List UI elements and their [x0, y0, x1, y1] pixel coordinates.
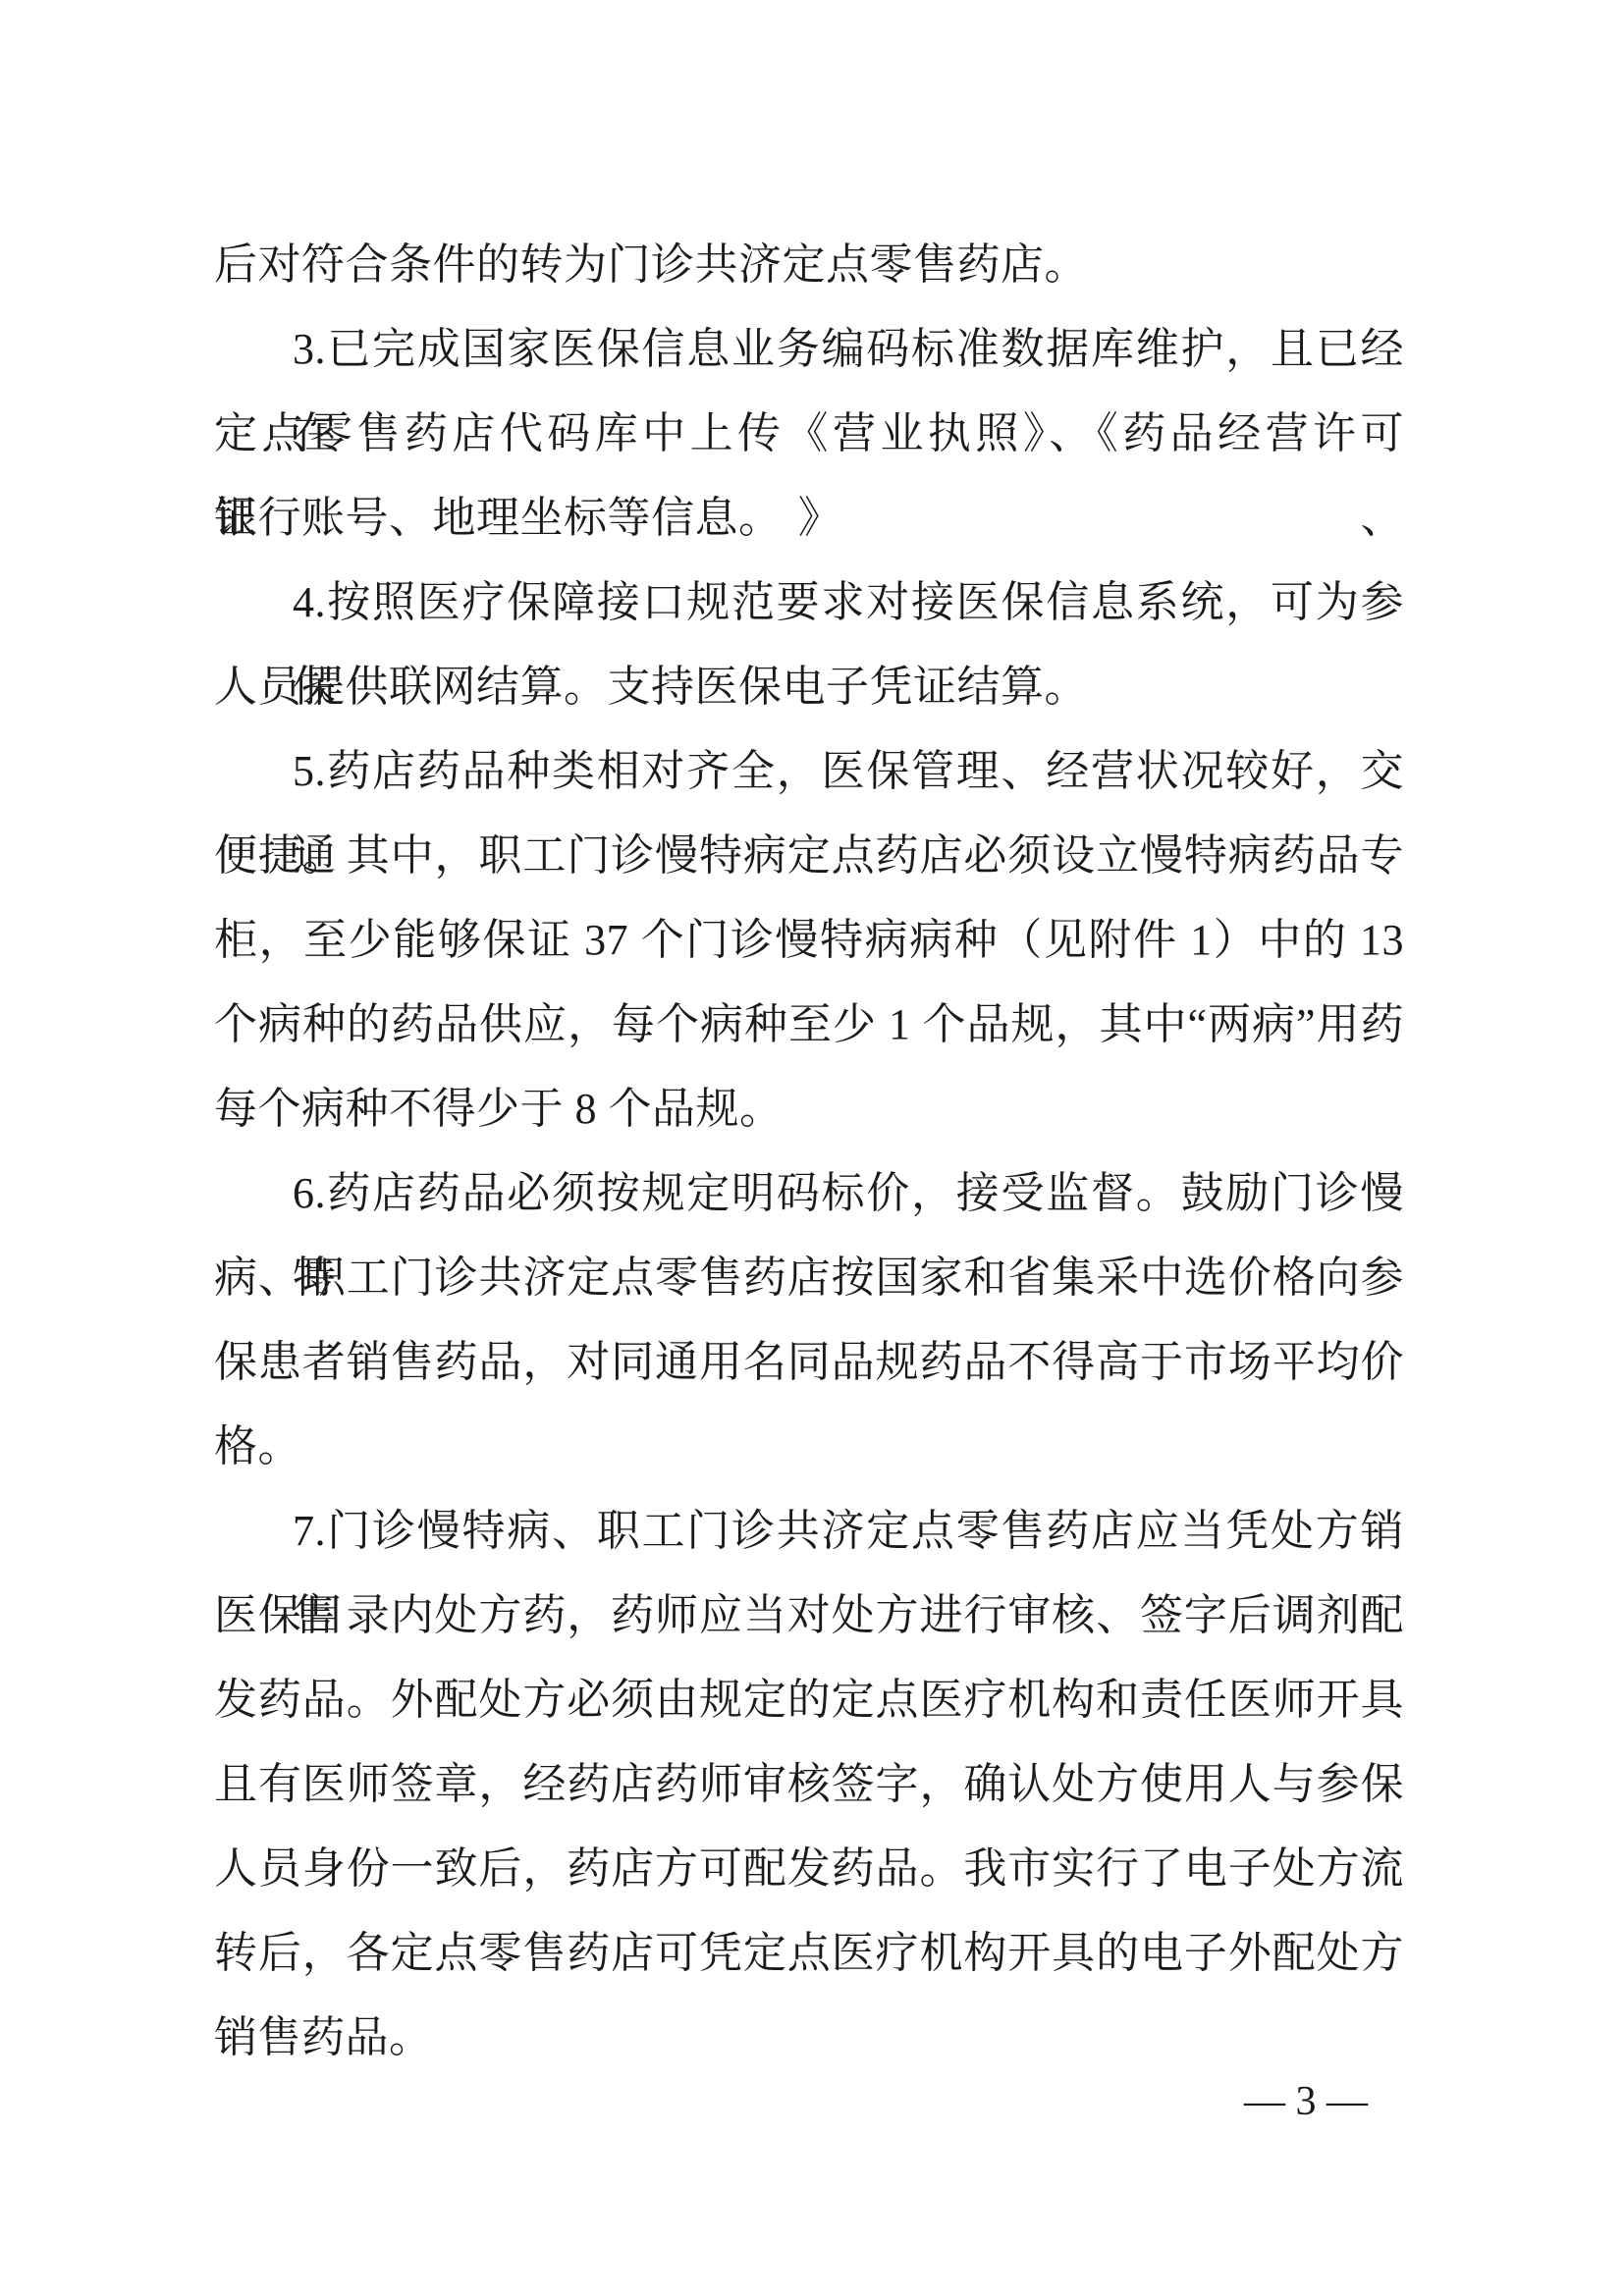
text-line: 6.药店药品必须按规定明码标价，接受监督。鼓励门诊慢特	[214, 1151, 1404, 1236]
text-line: 个病种的药品供应，每个病种至少 1 个品规，其中“两病”用药	[214, 983, 1404, 1067]
text-line: 5.药店药品种类相对齐全，医保管理、经营状况较好，交通	[214, 729, 1404, 814]
document-body: 后对符合条件的转为门诊共济定点零售药店。3.已完成国家医保信息业务编码标准数据库…	[214, 223, 1404, 2080]
text-line: 每个病种不得少于 8 个品规。	[214, 1067, 1404, 1151]
text-line: 4.按照医疗保障接口规范要求对接医保信息系统，可为参保	[214, 561, 1404, 645]
text-line: 人员提供联网结算。支持医保电子凭证结算。	[214, 645, 1404, 729]
text-line: 7.门诊慢特病、职工门诊共济定点零售药店应当凭处方销售	[214, 1489, 1404, 1574]
text-line: 定点零售药店代码库中上传《营业执照》、《药品经营许可证》、	[214, 392, 1404, 476]
text-line: 格。	[214, 1405, 1404, 1489]
text-line: 销售药品。	[214, 1996, 1404, 2080]
page-number: — 3 —	[1244, 2077, 1368, 2126]
text-line: 医保目录内处方药，药师应当对处方进行审核、签字后调剂配	[214, 1574, 1404, 1658]
text-line: 发药品。外配处方必须由规定的定点医疗机构和责任医师开具	[214, 1658, 1404, 1742]
text-line: 后对符合条件的转为门诊共济定点零售药店。	[214, 223, 1404, 307]
text-line: 柜，至少能够保证 37 个门诊慢特病病种（见附件 1）中的 13	[214, 898, 1404, 983]
document-page: 后对符合条件的转为门诊共济定点零售药店。3.已完成国家医保信息业务编码标准数据库…	[0, 0, 1624, 2296]
text-line: 转后，各定点零售药店可凭定点医疗机构开具的电子外配处方	[214, 1911, 1404, 1996]
text-line: 便捷。其中，职工门诊慢特病定点药店必须设立慢特病药品专	[214, 814, 1404, 898]
text-line: 3.已完成国家医保信息业务编码标准数据库维护，且已经在	[214, 307, 1404, 392]
text-line: 保患者销售药品，对同通用名同品规药品不得高于市场平均价	[214, 1320, 1404, 1405]
text-line: 人员身份一致后，药店方可配发药品。我市实行了电子处方流	[214, 1827, 1404, 1911]
text-line: 病、职工门诊共济定点零售药店按国家和省集采中选价格向参	[214, 1236, 1404, 1320]
text-line: 且有医师签章，经药店药师审核签字，确认处方使用人与参保	[214, 1742, 1404, 1827]
